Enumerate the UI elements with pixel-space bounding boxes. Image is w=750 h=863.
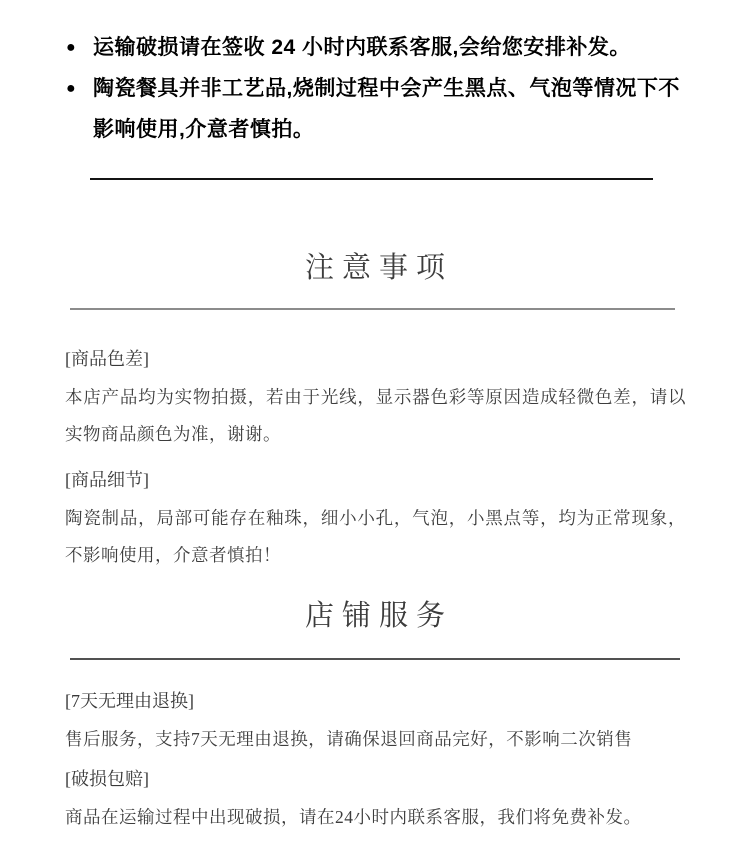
shipping-notice-list: ● 运输破损请在签收 24 小时内联系客服,会给您安排补发。 ● 陶瓷餐具并非工…: [0, 0, 750, 150]
bullet-icon: ●: [66, 68, 93, 109]
entry-text: 商品在运输过程中出现破损，请在24小时内联系客服，我们将免费补发。: [65, 792, 686, 836]
precautions-entries: [商品色差] 本店产品均为实物拍摄，若由于光线，显示器色彩等原因造成轻微色差，请…: [0, 310, 750, 574]
entry-text: 售后服务，支持7天无理由退换，请确保退回商品完好，不影响二次销售: [65, 714, 686, 758]
section-store-service: 店铺服务 [7天无理由退换] 售后服务，支持7天无理由退换，请确保退回商品完好，…: [0, 598, 750, 836]
entry-label: [商品细节]: [65, 453, 686, 493]
section-title-store-service: 店铺服务: [0, 598, 750, 634]
divider-top: [90, 178, 653, 180]
entry-damage-guarantee: [破损包赔] 商品在运输过程中出现破损，请在24小时内联系客服，我们将免费补发。: [65, 758, 686, 836]
entry-label: [商品色差]: [65, 310, 686, 372]
notice-text: 运输破损请在签收 24 小时内联系客服,会给您安排补发。: [93, 27, 698, 68]
section-precautions: 注意事项 [商品色差] 本店产品均为实物拍摄，若由于光线，显示器色彩等原因造成轻…: [0, 250, 750, 574]
entry-color-difference: [商品色差] 本店产品均为实物拍摄，若由于光线，显示器色彩等原因造成轻微色差，请…: [65, 310, 686, 453]
notice-text: 陶瓷餐具并非工艺品,烧制过程中会产生黑点、气泡等情况下不影响使用,介意者慎拍。: [93, 68, 698, 150]
section-title-precautions: 注意事项: [0, 250, 750, 286]
entry-label: [破损包赔]: [65, 758, 686, 792]
store-service-entries: [7天无理由退换] 售后服务，支持7天无理由退换，请确保退回商品完好，不影响二次…: [0, 660, 750, 836]
entry-product-details: [商品细节] 陶瓷制品，局部可能存在釉珠，细小小孔，气泡，小黑点等，均为正常现象…: [65, 453, 686, 574]
entry-text: 陶瓷制品，局部可能存在釉珠，细小小孔，气泡，小黑点等，均为正常现象，不影响使用，…: [65, 493, 686, 574]
entry-label: [7天无理由退换]: [65, 660, 686, 714]
notice-item-shipping-damage: ● 运输破损请在签收 24 小时内联系客服,会给您安排补发。: [66, 27, 698, 68]
bullet-icon: ●: [66, 27, 93, 68]
entry-return-policy: [7天无理由退换] 售后服务，支持7天无理由退换，请确保退回商品完好，不影响二次…: [65, 660, 686, 758]
entry-text: 本店产品均为实物拍摄，若由于光线，显示器色彩等原因造成轻微色差，请以实物商品颜色…: [65, 372, 686, 453]
product-notice-page: ● 运输破损请在签收 24 小时内联系客服,会给您安排补发。 ● 陶瓷餐具并非工…: [0, 0, 750, 863]
notice-item-ceramic-flaws: ● 陶瓷餐具并非工艺品,烧制过程中会产生黑点、气泡等情况下不影响使用,介意者慎拍…: [66, 68, 698, 150]
